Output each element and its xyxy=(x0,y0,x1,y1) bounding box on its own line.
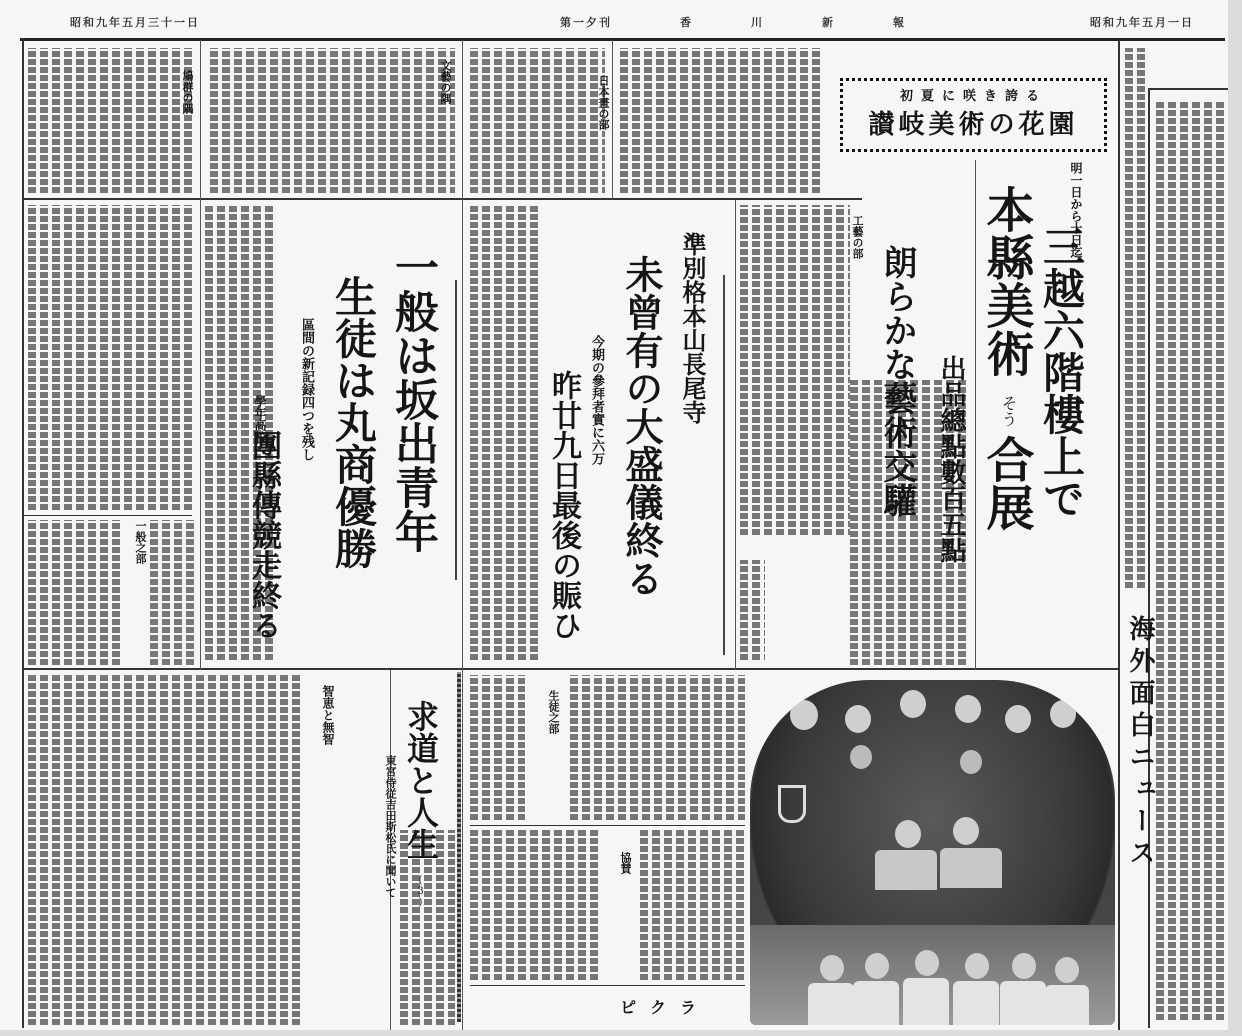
relay-headline-rule xyxy=(455,280,457,580)
photo-person xyxy=(1055,957,1079,983)
overseas-column-divider xyxy=(1118,40,1120,1030)
overseas-body-text xyxy=(1156,100,1224,1020)
temple-headline: 未曾有の大盛儀終る xyxy=(622,255,660,597)
photo-person xyxy=(853,981,899,1025)
team-photo xyxy=(750,680,1115,1025)
column-label: 鳩群の隅 xyxy=(182,70,193,114)
article-body-text xyxy=(570,675,745,820)
header-date-left: 昭和九年五月三十一日 xyxy=(70,8,200,36)
overseas-border-top xyxy=(1148,88,1228,90)
photo-person xyxy=(790,700,818,730)
photo-person xyxy=(865,953,889,979)
scan-margin-right xyxy=(1228,0,1242,1036)
column-byline: 東宮侍従吉田斯松氏に聞いて xyxy=(385,755,396,898)
relay-headline-2: 生徒は丸商優勝 xyxy=(332,275,374,569)
exhibition-headline-2: 本縣美術 xyxy=(982,185,1030,377)
col-divider xyxy=(462,40,463,1030)
temple-headline-rule xyxy=(723,275,725,655)
overseas-title: 海外面白ニュース xyxy=(1127,615,1153,871)
photo-person xyxy=(903,978,949,1025)
col-divider xyxy=(612,40,613,200)
exhibition-headline-3: 合展 xyxy=(982,435,1030,531)
temple-kicker: 準別格本山長尾寺 xyxy=(680,232,704,424)
photo-person xyxy=(1050,700,1076,728)
divider-ad xyxy=(470,985,745,986)
article-body-text xyxy=(28,48,193,193)
relay-title: 團縣傳競走終る xyxy=(248,430,278,640)
header-page-number: 第一夕刊 xyxy=(560,8,612,36)
article-body-text xyxy=(470,830,600,980)
newspaper-page: 昭和九年五月三十一日 第一夕刊 香川新報 昭和九年五月一日 鳩群の隅 文藝の隅 … xyxy=(0,0,1228,1030)
article-body-text xyxy=(740,205,850,535)
divider-top-band xyxy=(22,198,862,200)
column-title: 求道と人生 xyxy=(405,700,437,860)
article-body-text xyxy=(470,675,525,820)
overseas-border-left xyxy=(1148,88,1150,1028)
col-divider xyxy=(200,40,201,670)
exhibition-kicker: 初夏に咲き誇る xyxy=(851,85,1096,104)
column-label: 工藝の部 xyxy=(852,215,863,259)
photo-person xyxy=(808,983,854,1025)
ad-label: ピクラ xyxy=(620,995,710,1018)
article-body-text xyxy=(640,830,745,980)
photo-person xyxy=(1045,985,1089,1025)
article-body-text xyxy=(620,48,820,193)
section-label-small-column: 智恵と無智 xyxy=(322,685,334,745)
section-label-cooperation: 協賛 xyxy=(620,852,631,874)
article-body-text xyxy=(210,48,455,193)
col-divider xyxy=(975,160,976,670)
photo-person xyxy=(915,950,939,976)
section-label-student: 生徒之部 xyxy=(548,690,559,734)
trophy-icon xyxy=(778,785,806,823)
column-ornamental-rule xyxy=(457,672,461,1022)
left-border xyxy=(22,38,24,1028)
divider-left-small xyxy=(22,515,192,516)
section-label-general: 一般之部 xyxy=(135,520,146,564)
relay-headline-1: 一般は坂出青年 xyxy=(390,245,434,553)
photo-person xyxy=(953,981,999,1025)
header-date-right: 昭和九年五月一日 xyxy=(1090,8,1194,36)
divider-lower-band xyxy=(22,668,1118,670)
photo-person xyxy=(955,695,981,723)
photo-person xyxy=(965,953,989,979)
column-label: 文藝の隅 xyxy=(440,60,451,104)
column-number: (3) xyxy=(415,875,425,908)
col-divider xyxy=(735,200,736,670)
article-body-text xyxy=(470,48,605,193)
divider-mid-small xyxy=(470,825,745,826)
photo-person xyxy=(1005,705,1031,733)
column-label: 日本畫の部 xyxy=(598,75,609,130)
photo-person xyxy=(1012,953,1036,979)
article-body-text xyxy=(740,560,765,660)
exhibition-subhead-2: 出品總點數百五點 xyxy=(938,355,964,563)
article-body-text xyxy=(470,205,540,660)
photo-person xyxy=(875,850,937,890)
article-body-text xyxy=(28,520,123,665)
photo-person xyxy=(1000,981,1046,1025)
temple-deck: 今期の參拜者實に六万 xyxy=(590,335,603,465)
exhibition-box-title: 讃岐美術の花園 xyxy=(851,104,1096,141)
photo-person xyxy=(845,705,871,733)
article-body-text xyxy=(150,520,195,665)
photo-person xyxy=(900,690,926,718)
article-body-text xyxy=(28,675,303,1025)
relay-deck: 區間の新記録四つを残し xyxy=(300,318,313,461)
exhibition-headline-ruby: そう xyxy=(1000,395,1016,427)
photo-person xyxy=(850,745,872,769)
exhibition-title-box: 初夏に咲き誇る 讃岐美術の花園 xyxy=(840,78,1107,152)
exhibition-subhead-1: 朗らかな藝術交驩 xyxy=(880,245,914,517)
scan-margin-bottom xyxy=(0,1030,1242,1036)
exhibition-headline-1: 三越六階樓上で xyxy=(1040,225,1082,519)
photo-person xyxy=(960,750,982,774)
temple-subhead: 昨廿九日最後の賑ひ xyxy=(548,370,578,640)
article-body-text xyxy=(28,205,193,510)
article-body-text xyxy=(1125,48,1145,588)
photo-person xyxy=(953,817,979,845)
photo-person xyxy=(820,955,844,981)
header-paper-name: 香川新報 xyxy=(680,8,964,36)
photo-person xyxy=(940,848,1002,888)
photo-lower-row xyxy=(750,925,1115,1025)
photo-person xyxy=(895,820,921,848)
